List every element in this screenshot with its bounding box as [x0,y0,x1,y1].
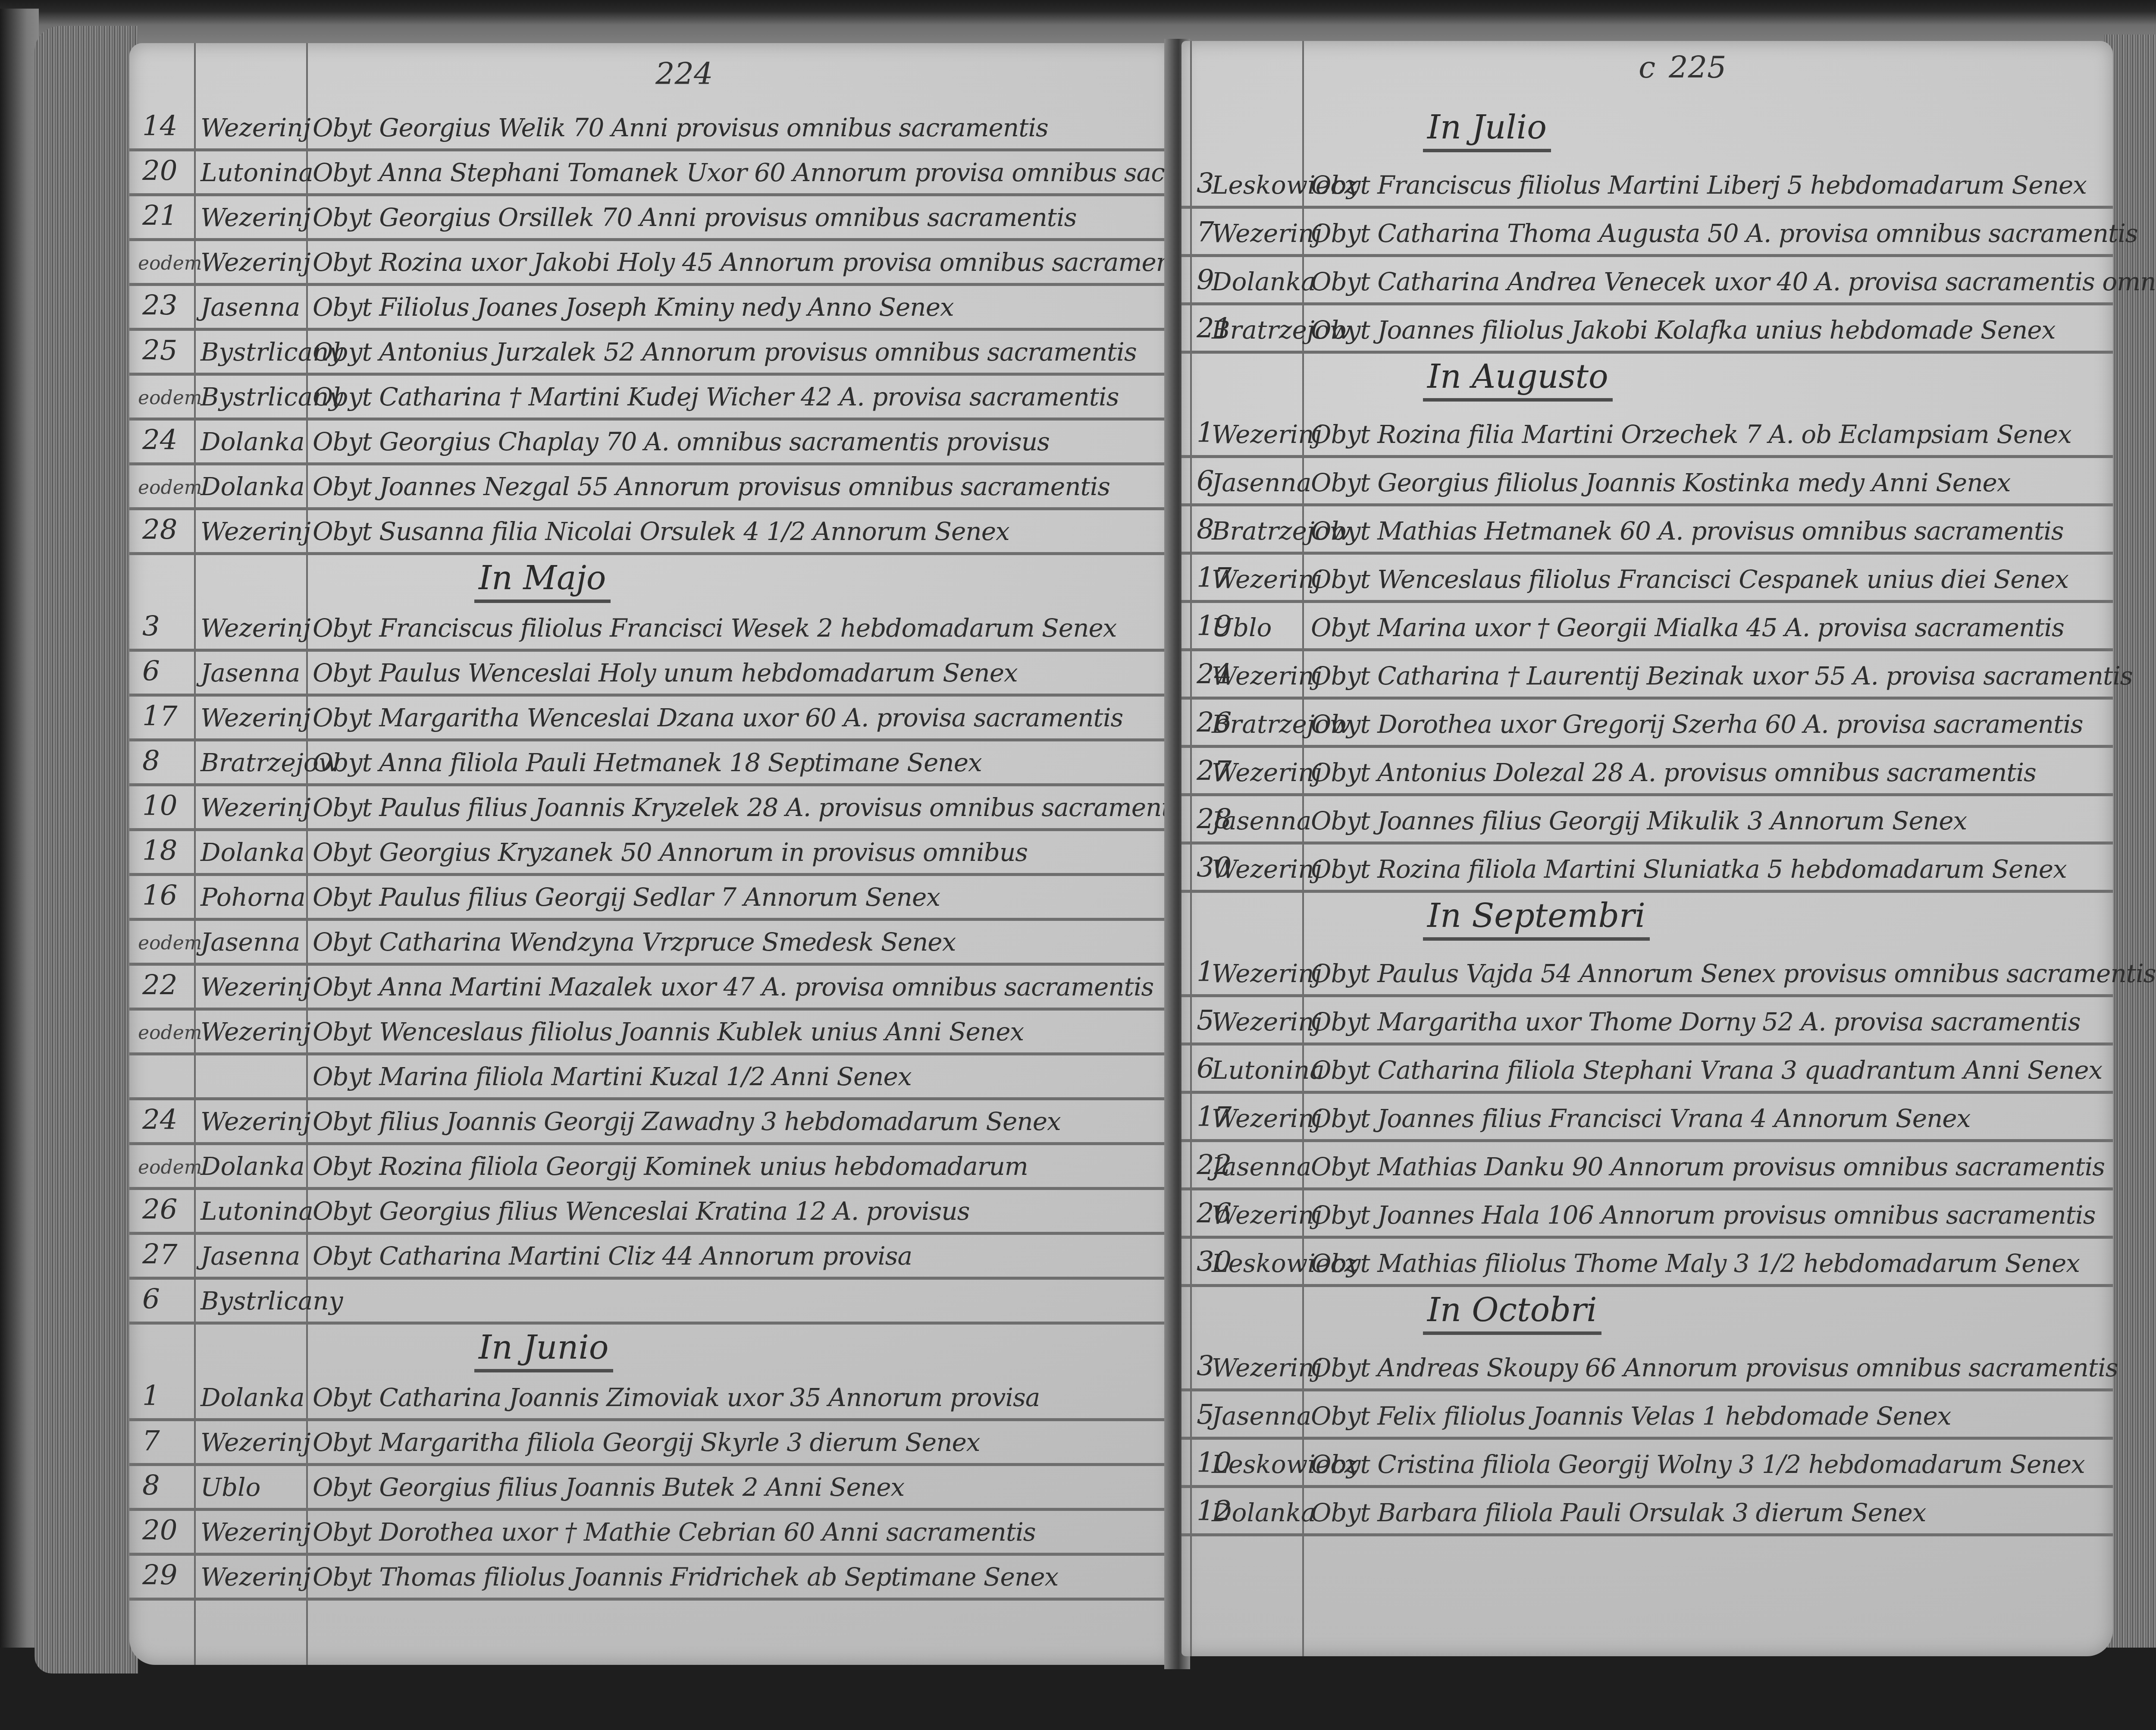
right-page: c 225 In Julio3LeskowieczObyt Franciscus… [1181,41,2113,1656]
entry-place: Dolanka [201,427,305,456]
entry-text: Obyt Mathias Danku 90 Annorum provisus o… [1311,1152,2105,1181]
entry-text: Obyt Andreas Skoupy 66 Annorum provisus … [1311,1353,2118,1382]
entry-place: Wezerinj [201,972,311,1002]
register-entry: 17WezerinjObyt Wenceslaus filiolus Franc… [1181,552,2113,603]
entry-day: 26 [142,1194,177,1226]
entry-text: Obyt Joannes Nezgal 55 Annorum provisus … [313,472,1110,501]
entry-place: Lutonina [201,158,313,187]
register-entry: 12DolankaObyt Barbara filiola Pauli Orsu… [1181,1485,2113,1536]
page-number-prefix: c [1639,50,1655,85]
entry-place: Ublo [201,1473,260,1502]
book-cover-left [0,9,39,1730]
entry-day: 10 [142,790,177,822]
register-entry: 1WezerinjObyt Rozina filia Martini Orzec… [1181,407,2113,458]
entry-text: Obyt Joannes filiolus Jakobi Kolafka uni… [1311,315,2055,345]
entry-place: Jasenna [201,1241,300,1271]
register-entry: 8BratrzejowObyt Mathias Hetmanek 60 A. p… [1181,503,2113,555]
register-entry: 6Bystrlicany [129,1277,1173,1325]
entry-text: Obyt Rozina filia Martini Orzechek 7 A. … [1311,420,2071,449]
entry-text: Obyt Joannes filius Georgij Mikulik 3 An… [1311,806,1967,835]
page-number: 224 [655,56,713,91]
register-entry: 6JasennaObyt Paulus Wenceslai Holy unum … [129,649,1173,697]
register-entry: 10LeskowieczObyt Cristina filiola Georgi… [1181,1437,2113,1488]
entry-day: 3 [142,611,160,643]
entry-text: Obyt Catharina Andrea Venecek uxor 40 A.… [1311,267,2156,296]
entry-place: Wezerinj [201,1562,311,1592]
register-entry: 3WezerinjObyt Andreas Skoupy 66 Annorum … [1181,1340,2113,1391]
entry-text: Obyt Margaritha Wenceslai Dzana uxor 60 … [313,703,1123,732]
entry-place: Wezerinj [1212,1353,1322,1382]
entry-text: Obyt Catharina filiola Stephani Vrana 3 … [1311,1055,2102,1085]
entry-place: Wezerinj [1212,1200,1322,1230]
entry-text: Obyt Margaritha uxor Thome Dorny 52 A. p… [1311,1007,2080,1036]
register-entry: 25BystrlicanyObyt Antonius Jurzalek 52 A… [129,328,1173,376]
entry-day: 21 [142,200,177,232]
register-entry: 7WezerinjObyt Catharina Thoma Augusta 50… [1181,206,2113,257]
entry-text: Obyt Barbara filiola Pauli Orsulak 3 die… [1311,1498,1926,1527]
register-entry: 3LeskowieczObyt Franciscus filiolus Mart… [1181,157,2113,209]
entry-place: Wezerinj [1212,959,1322,988]
register-entry: 17WezerinjObyt Joannes filius Francisci … [1181,1091,2113,1142]
register-entry: eodemWezerinjObyt Rozina uxor Jakobi Hol… [129,238,1173,286]
register-entry: 27JasennaObyt Catharina Martini Cliz 44 … [129,1232,1173,1280]
register-entry: 17WezerinjObyt Margaritha Wenceslai Dzan… [129,694,1173,741]
register-entry: 30WezerinjObyt Rozina filiola Martini Sl… [1181,841,2113,893]
entry-place: Ublo [1212,613,1272,642]
entry-place: Wezerinj [201,1428,311,1457]
register-entry: 27WezerinjObyt Antonius Dolezal 28 A. pr… [1181,745,2113,796]
entry-text: Obyt Paulus filius Joannis Kryzelek 28 A… [313,793,1191,822]
entry-text: Obyt Joannes filius Francisci Vrana 4 An… [1311,1104,1970,1133]
entry-day: 7 [142,1425,160,1457]
register-entry: 7WezerinjObyt Margaritha filiola Georgij… [129,1418,1173,1466]
entry-place: Jasenna [201,927,300,957]
entry-text: Obyt Georgius Orsillek 70 Anni provisus … [313,203,1076,232]
entry-text: Obyt Georgius filius Joannis Butek 2 Ann… [313,1473,904,1502]
margin-note: eodem [138,1022,202,1044]
entry-place: Dolanka [201,838,305,867]
register-entry: 21BratrzejowObyt Joannes filiolus Jakobi… [1181,302,2113,354]
entry-text: Obyt Cristina filiola Georgij Wolny 3 1/… [1311,1450,2085,1479]
entry-place: Wezerinj [201,703,311,732]
margin-note: eodem [138,252,202,274]
entry-text: Obyt Mathias filiolus Thome Maly 3 1/2 h… [1311,1249,2080,1278]
entry-text: Obyt Catharina † Laurentij Bezinak uxor … [1311,661,2133,691]
entry-day: 27 [142,1239,177,1271]
register-entry: 1DolankaObyt Catharina Joannis Zimoviak … [129,1373,1173,1421]
entry-place: Dolanka [1212,1498,1316,1527]
entry-day: 6 [142,656,160,688]
entry-text: Obyt Catharina † Martini Kudej Wicher 42… [313,382,1119,411]
register-entry: 3WezerinjObyt Franciscus filiolus Franci… [129,604,1173,652]
entry-text: Obyt Anna filiola Pauli Hetmanek 18 Sept… [313,748,982,777]
entry-text: Obyt Antonius Jurzalek 52 Annorum provis… [313,337,1137,367]
entry-text: Obyt Felix filiolus Joannis Velas 1 hebd… [1311,1401,1951,1431]
entry-text: Obyt Catharina Joannis Zimoviak uxor 35 … [313,1383,1040,1412]
entry-day: 24 [142,424,177,456]
entry-day: 23 [142,290,177,322]
month-heading: In Augusto [1423,357,1613,402]
register-entry: 14WezerinjObyt Georgius Welik 70 Anni pr… [129,104,1173,151]
register-entry: 1WezerinjObyt Paulus Vajda 54 Annorum Se… [1181,946,2113,997]
register-entry: 26LutoninaObyt Georgius filius Wenceslai… [129,1187,1173,1235]
register-entry: 6LutoninaObyt Catharina filiola Stephani… [1181,1042,2113,1094]
register-entry: 21WezerinjObyt Georgius Orsillek 70 Anni… [129,193,1173,241]
entry-place: Wezerinj [1212,758,1322,787]
entry-text: Obyt filius Joannis Georgij Zawadny 3 he… [313,1107,1061,1136]
month-heading: In Octobri [1423,1290,1601,1335]
entry-place: Wezerinj [1212,661,1322,691]
entry-text: Obyt Catharina Thoma Augusta 50 A. provi… [1311,219,2138,248]
register-entry: eodemWezerinjObyt Wenceslaus filiolus Jo… [129,1008,1173,1055]
entry-text: Obyt Rozina filiola Martini Sluniatka 5 … [1311,854,2067,884]
register-entry: eodemDolankaObyt Joannes Nezgal 55 Annor… [129,462,1173,510]
register-entry: 24WezerinjObyt Catharina † Laurentij Bez… [1181,648,2113,700]
entry-text: Obyt Franciscus filiolus Francisci Wesek… [313,613,1117,643]
register-entry: 26BratrzejowObyt Dorothea uxor Gregorij … [1181,697,2113,748]
entry-text: Obyt Dorothea uxor Gregorij Szerha 60 A.… [1311,710,2083,739]
entry-place: Wezerinj [201,248,311,277]
month-heading: In Junio [474,1328,613,1372]
entry-day: 6 [142,1284,160,1316]
register-entry: 30LeskowieczObyt Mathias filiolus Thome … [1181,1236,2113,1287]
entry-text: Obyt Georgius filiolus Joannis Kostinka … [1311,468,2011,497]
entry-text: Obyt Antonius Dolezal 28 A. provisus omn… [1311,758,2036,787]
register-entry: 22JasennaObyt Mathias Danku 90 Annorum p… [1181,1139,2113,1190]
entry-text: Obyt Paulus Vajda 54 Annorum Senex provi… [1311,959,2156,988]
entry-place: Wezerinj [1212,565,1322,594]
register-entry: eodemDolankaObyt Rozina filiola Georgij … [129,1142,1173,1190]
register-entry: 23JasennaObyt Filiolus Joanes Joseph Kmi… [129,283,1173,331]
entry-text: Obyt Catharina Martini Cliz 44 Annorum p… [313,1241,912,1271]
entry-text: Obyt Marina uxor † Georgii Mialka 45 A. … [1311,613,2064,642]
entry-place: Jasenna [201,658,300,688]
entry-text: Obyt Wenceslaus filiolus Francisci Cespa… [1311,565,2068,594]
entry-place: Jasenna [1212,806,1311,835]
entry-day: 8 [142,745,160,777]
entry-text: Obyt Franciscus filiolus Martini Liberj … [1311,170,2087,200]
entry-place: Bystrlicany [201,1286,343,1316]
page-edges-left [34,26,138,1673]
entry-place: Jasenna [1212,1152,1311,1181]
entry-place: Wezerinj [201,203,311,232]
margin-note: eodem [138,477,202,499]
register-entry: 8UbloObyt Georgius filius Joannis Butek … [129,1463,1173,1511]
entry-text: Obyt Georgius Kryzanek 50 Annorum in pro… [313,838,1028,867]
entry-text: Obyt Susanna filia Nicolai Orsulek 4 1/2… [313,517,1009,546]
entry-text: Obyt Catharina Wendzyna Vrzpruce Smedesk… [313,927,956,957]
entry-text: Obyt Rozina uxor Jakobi Holy 45 Annorum … [313,248,1201,277]
entry-place: Wezerinj [201,113,311,142]
entry-day: 8 [142,1470,160,1502]
entry-text: Obyt Joannes Hala 106 Annorum provisus o… [1311,1200,2095,1230]
register-entry: 29WezerinjObyt Thomas filiolus Joannis F… [129,1553,1173,1601]
entry-place: Jasenna [1212,1401,1311,1431]
entry-day: 17 [142,700,177,732]
entry-place: Wezerinj [201,517,311,546]
entry-day: 28 [142,514,177,546]
entry-text: Obyt Georgius Chaplay 70 A. omnibus sacr… [313,427,1050,456]
register-entry: 19UbloObyt Marina uxor † Georgii Mialka … [1181,600,2113,651]
entry-text: Obyt Georgius Welik 70 Anni provisus omn… [313,113,1048,142]
register-entry: 8BratrzejowObyt Anna filiola Pauli Hetma… [129,738,1173,786]
entry-text: Obyt Paulus filius Georgij Sedlar 7 Anno… [313,882,940,912]
entry-place: Pohorna [201,882,306,912]
register-entry: 24DolankaObyt Georgius Chaplay 70 A. omn… [129,418,1173,465]
margin-note: eodem [138,387,202,409]
month-heading: In Septembri [1423,896,1650,941]
entry-day: 1 [142,1380,160,1412]
register-entry: 20WezerinjObyt Dorothea uxor † Mathie Ce… [129,1508,1173,1556]
register-entry: 9DolankaObyt Catharina Andrea Venecek ux… [1181,254,2113,305]
entry-place: Wezerinj [1212,1007,1322,1036]
margin-note: eodem [138,932,202,954]
register-entry: 16PohornaObyt Paulus filius Georgij Sedl… [129,873,1173,921]
entry-text: Obyt Anna Stephani Tomanek Uxor 60 Annor… [313,158,1273,187]
entry-text: Obyt Thomas filiolus Joannis Fridrichek … [313,1562,1058,1592]
entry-day: 20 [142,155,177,187]
entry-place: Wezerinj [201,1017,311,1046]
month-heading: In Majo [474,559,611,603]
register-entry: 26WezerinjObyt Joannes Hala 106 Annorum … [1181,1187,2113,1239]
month-heading: In Julio [1423,108,1551,152]
entry-place: Dolanka [201,1152,305,1181]
margin-note: eodem [138,1156,202,1178]
entry-text: Obyt Anna Martini Mazalek uxor 47 A. pro… [313,972,1153,1002]
entry-place: Jasenna [1212,468,1311,497]
entry-day: 18 [142,835,177,867]
entry-place: Jasenna [201,292,300,322]
register-entry: eodemBystrlicanyObyt Catharina † Martini… [129,373,1173,421]
register-entry: 28WezerinjObyt Susanna filia Nicolai Ors… [129,507,1173,555]
entry-text: Obyt Wenceslaus filiolus Joannis Kublek … [313,1017,1024,1046]
register-entry: 28JasennaObyt Joannes filius Georgij Mik… [1181,793,2113,845]
entry-place: Lutonina [1212,1055,1325,1085]
entry-text: Obyt Margaritha filiola Georgij Skyrle 3… [313,1428,980,1457]
entry-place: Wezerinj [201,1517,311,1547]
entry-text: Obyt Mathias Hetmanek 60 A. provisus omn… [1311,516,2064,546]
entry-text: Obyt Filiolus Joanes Joseph Kminy nedy A… [313,292,954,322]
entry-place: Lutonina [201,1196,313,1226]
entry-day: 14 [142,110,177,142]
register-entry: 24WezerinjObyt filius Joannis Georgij Za… [129,1097,1173,1145]
register-entry: 5WezerinjObyt Margaritha uxor Thome Dorn… [1181,994,2113,1046]
left-page: 224 14WezerinjObyt Georgius Welik 70 Ann… [129,43,1173,1665]
register-entry: eodemJasennaObyt Catharina Wendzyna Vrzp… [129,918,1173,966]
entry-day: 29 [142,1560,177,1592]
entry-place: Wezerinj [201,1107,311,1136]
entry-text: Obyt Paulus Wenceslai Holy unum hebdomad… [313,658,1018,688]
entry-place: Dolanka [1212,267,1316,296]
page-number: 225 [1669,50,1727,85]
entry-day: 24 [142,1104,177,1136]
register-entry: 5JasennaObyt Felix filiolus Joannis Vela… [1181,1388,2113,1440]
entry-text: Obyt Marina filiola Martini Kuzal 1/2 An… [313,1062,912,1091]
entry-place: Wezerinj [1212,854,1322,884]
entry-text: Obyt Georgius filius Wenceslai Kratina 1… [313,1196,969,1226]
entry-place: Wezerinj [201,793,311,822]
entry-text: Obyt Dorothea uxor † Mathie Cebrian 60 A… [313,1517,1036,1547]
entry-day: 20 [142,1515,177,1547]
register-entry: 20LutoninaObyt Anna Stephani Tomanek Uxo… [129,148,1173,196]
register-entry: 22WezerinjObyt Anna Martini Mazalek uxor… [129,963,1173,1011]
entry-place: Wezerinj [201,613,311,643]
entry-text: Obyt Rozina filiola Georgij Kominek uniu… [313,1152,1028,1181]
entry-place: Dolanka [201,472,305,501]
entry-day: 22 [142,970,177,1002]
entry-day: 25 [142,335,177,367]
register-entry: Obyt Marina filiola Martini Kuzal 1/2 An… [129,1052,1173,1100]
entry-place: Wezerinj [1212,420,1322,449]
entry-place: Dolanka [201,1383,305,1412]
entry-day: 16 [142,880,177,912]
entry-place: Wezerinj [1212,219,1322,248]
entry-place: Wezerinj [1212,1104,1322,1133]
register-entry: 10WezerinjObyt Paulus filius Joannis Kry… [129,783,1173,831]
register-entry: 18DolankaObyt Georgius Kryzanek 50 Annor… [129,828,1173,876]
register-entry: 6JasennaObyt Georgius filiolus Joannis K… [1181,455,2113,506]
